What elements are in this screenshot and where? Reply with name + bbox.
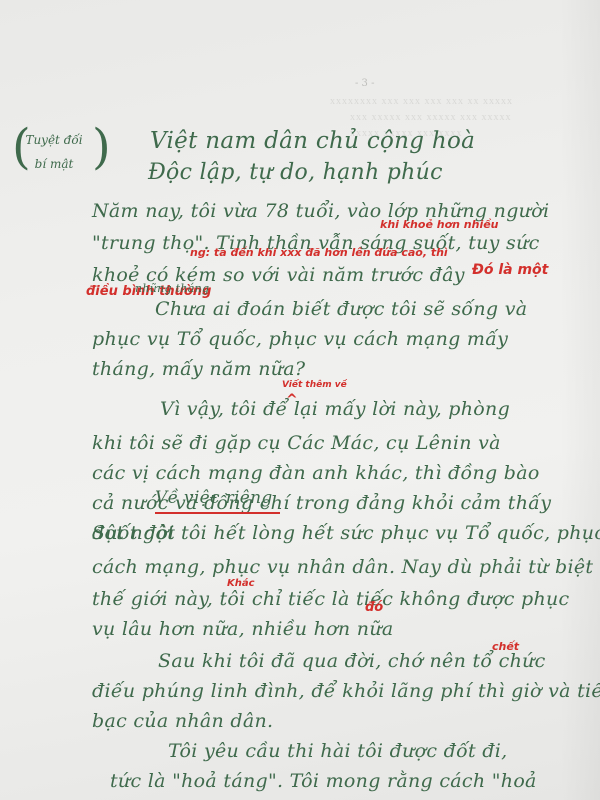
text-line: tháng, mấy năm nữa? [92, 358, 305, 380]
text-line: Chưa ai đoán biết được tôi sẽ sống và [155, 298, 527, 320]
text-line: cách mạng, phục vụ nhân dân. Nay dù phải… [92, 556, 593, 578]
text-line: khi tôi sẽ đi gặp cụ Các Mác, cụ Lênin v… [92, 432, 501, 454]
text-line: Tôi yêu cầu thi hài tôi được đốt đi, [168, 740, 508, 762]
text-line: Suốt đời tôi hết lòng hết sức phục vụ Tổ… [92, 522, 600, 544]
close-paren: ) [92, 122, 111, 172]
text-line: vụ lâu hơn nữa, nhiều hơn nữa [92, 618, 394, 640]
text-line: Sau khi tôi đã qua đời, chớ nên tổ chức [158, 650, 546, 672]
text-line: bạc của nhân dân. [92, 710, 273, 732]
red-annotation: chết [492, 640, 519, 653]
bleed-through-text: xxx xxxxx xxx xxxxx xxx xxxxx [350, 112, 512, 123]
insert-caret: ^ [286, 392, 298, 408]
red-annotation: Khác [227, 578, 255, 589]
side-note-line-1: Tuyệt đối [18, 128, 90, 152]
page-number: - 3 - [355, 78, 374, 89]
title-line-1: Việt nam dân chủ cộng hoà [150, 128, 475, 154]
red-annotation: Viết thêm về [282, 380, 347, 390]
section-heading: Về việc riêng [155, 488, 273, 508]
heading-underline [155, 512, 280, 514]
text-line: phục vụ Tổ quốc, phục vụ cách mạng mấy [92, 328, 508, 350]
text-line: điếu phúng linh đình, để khỏi lãng phí t… [92, 680, 600, 702]
document-page: - 3 - xxxxxxxx xxx xxx xxx xxx xx xxxxx … [0, 0, 600, 800]
red-annotation: ng: ta đến khi xxx đã hơn lên đứa cao, t… [190, 246, 448, 259]
red-annotation: khi khoẻ hơn nhiều [380, 218, 499, 231]
side-note-line-2: bí mật [18, 152, 90, 176]
side-note: Tuyệt đối bí mật [18, 128, 90, 176]
title-line-2: Độc lập, tự do, hạnh phúc [148, 160, 443, 185]
text-line: các vị cách mạng đàn anh khác, thì đồng … [92, 462, 540, 484]
bleed-through-text: xxxxxxxx xxx xxx xxx xxx xx xxxxx [330, 96, 513, 107]
insert-annotation: những tháng [135, 282, 209, 295]
page-edge-shadow [560, 0, 600, 800]
red-annotation: đó [365, 600, 383, 615]
text-line: thế giới này, tôi chỉ tiếc là tiếc không… [92, 588, 569, 610]
red-annotation: Đó là một [472, 262, 548, 278]
text-line: Vì vậy, tôi để lại mấy lời này, phòng [160, 398, 510, 420]
text-line: tức là "hoả táng". Tôi mong rằng cách "h… [110, 770, 537, 792]
